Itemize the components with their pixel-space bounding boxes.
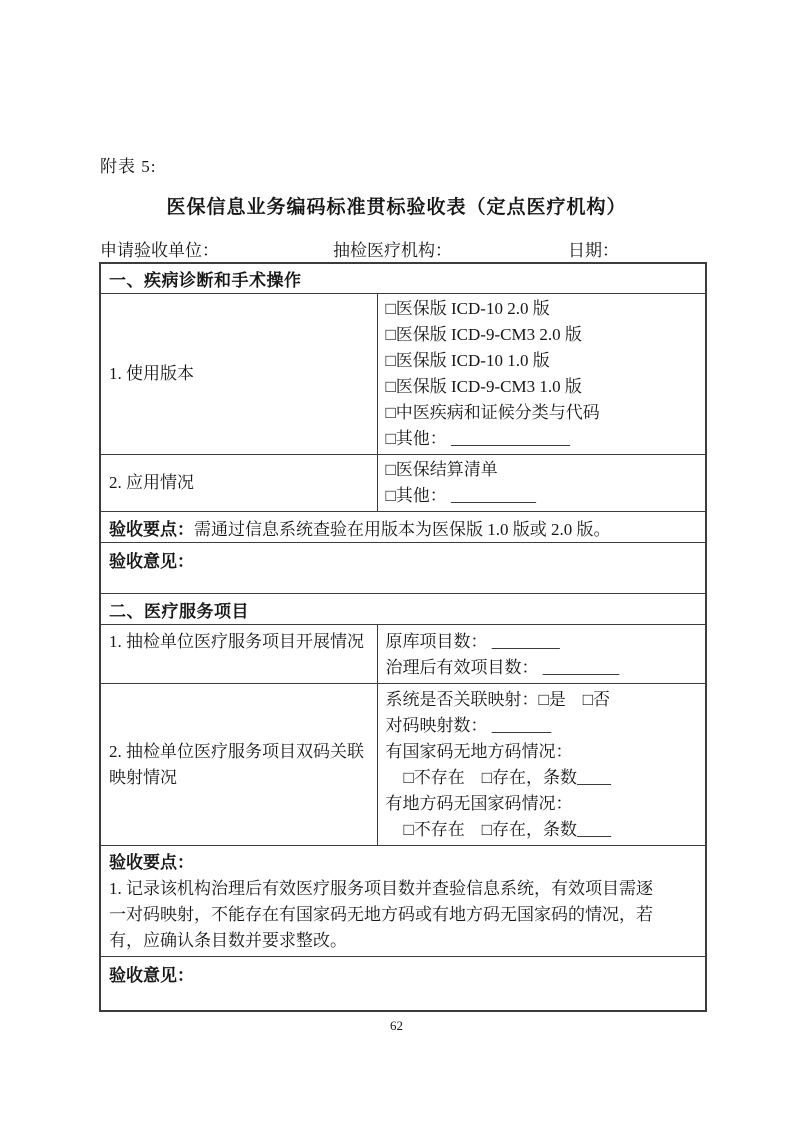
acceptance-opinion-label: 验收意见： bbox=[109, 966, 194, 985]
section2-acceptance-points-cell: 验收要点： 1. 记录该机构治理后有效医疗服务项目数并查验信息系统，有效项目需逐… bbox=[100, 846, 706, 957]
section1-acceptance-points-cell: 验收要点：需通过信息系统查验在用版本为医保版 1.0 版或 2.0 版。 bbox=[100, 512, 706, 543]
date-label: 日期： bbox=[568, 236, 619, 261]
checkbox-option-line: □不存在 □存在，条数____ bbox=[386, 817, 698, 843]
checkbox-option-line: □其他： ______________ bbox=[386, 426, 698, 452]
checkbox-option-line: □医保版 ICD-10 2.0 版 bbox=[386, 296, 698, 322]
version-options-cell: □医保版 ICD-10 2.0 版 □医保版 ICD-9-CM3 2.0 版 □… bbox=[377, 294, 706, 455]
acceptance-points-text-line: 1. 记录该机构治理后有效医疗服务项目数并查验信息系统，有效项目需逐 bbox=[109, 876, 697, 902]
application-options-cell: □医保结算清单 □其他： __________ bbox=[377, 455, 706, 512]
acceptance-points-label: 验收要点： bbox=[109, 520, 194, 539]
project-status-cell: 原库项目数： ________ 治理后有效项目数： _________ bbox=[377, 625, 706, 684]
dual-code-mapping-cell: 系统是否关联映射：□是 □否 对码映射数： _______ 有国家码无地方码情况… bbox=[377, 684, 706, 846]
row-label-version: 1. 使用版本 bbox=[100, 294, 377, 455]
applicant-unit-label: 申请验收单位： bbox=[100, 236, 219, 261]
checkbox-option-line: □中医疾病和证候分类与代码 bbox=[386, 400, 698, 426]
section1-acceptance-opinion-cell: 验收意见： bbox=[100, 543, 706, 594]
table-row: 验收要点： 1. 记录该机构治理后有效医疗服务项目数并查验信息系统，有效项目需逐… bbox=[100, 846, 706, 957]
acceptance-points-text-line: 一对码映射，不能存在有国家码无地方码或有地方码无国家码的情况，若 bbox=[109, 902, 697, 928]
section2-acceptance-opinion-cell: 验收意见： bbox=[100, 957, 706, 1012]
checkbox-option-line: 系统是否关联映射：□是 □否 bbox=[386, 687, 698, 713]
checkbox-option-line: □医保版 ICD-9-CM3 1.0 版 bbox=[386, 374, 698, 400]
table-row: 1. 抽检单位医疗服务项目开展情况 原库项目数： ________ 治理后有效项… bbox=[100, 625, 706, 684]
table-row: 2. 抽检单位医疗服务项目双码关联映射情况 系统是否关联映射：□是 □否 对码映… bbox=[100, 684, 706, 846]
table-row: 验收意见： bbox=[100, 543, 706, 594]
appendix-label: 附表 5: bbox=[100, 152, 156, 177]
acceptance-points-text-line: 有，应确认条目数并要求整改。 bbox=[109, 928, 697, 954]
checkbox-option-line: □医保版 ICD-10 1.0 版 bbox=[386, 348, 698, 374]
table-row: 验收意见： bbox=[100, 957, 706, 1012]
table-row: 1. 使用版本 □医保版 ICD-10 2.0 版 □医保版 ICD-9-CM3… bbox=[100, 294, 706, 455]
table-row: 二、医疗服务项目 bbox=[100, 594, 706, 625]
page-number: 62 bbox=[0, 1018, 793, 1034]
acceptance-points-label: 验收要点： bbox=[109, 850, 697, 876]
checkbox-option-line: □医保版 ICD-9-CM3 2.0 版 bbox=[386, 322, 698, 348]
checkbox-option-line: □其他： __________ bbox=[386, 483, 698, 509]
acceptance-opinion-label: 验收意见： bbox=[109, 552, 194, 571]
row-label-project-status: 1. 抽检单位医疗服务项目开展情况 bbox=[100, 625, 377, 684]
fill-in-line: 治理后有效项目数： _________ bbox=[386, 655, 698, 681]
header-fields-row: 申请验收单位： 抽检医疗机构： 日期： bbox=[100, 236, 708, 260]
fill-in-line: 有地方码无国家码情况： bbox=[386, 791, 698, 817]
checkbox-option-line: □不存在 □存在，条数____ bbox=[386, 765, 698, 791]
table-row: 一、疾病诊断和手术操作 bbox=[100, 263, 706, 294]
fill-in-line: 对码映射数： _______ bbox=[386, 713, 698, 739]
acceptance-points-text: 需通过信息系统查验在用版本为医保版 1.0 版或 2.0 版。 bbox=[194, 520, 611, 539]
row-label-application: 2. 应用情况 bbox=[100, 455, 377, 512]
checkbox-option-line: □医保结算清单 bbox=[386, 457, 698, 483]
table-row: 2. 应用情况 □医保结算清单 □其他： __________ bbox=[100, 455, 706, 512]
fill-in-line: 原库项目数： ________ bbox=[386, 629, 698, 655]
document-page: 附表 5: 医保信息业务编码标准贯标验收表（定点医疗机构） 申请验收单位： 抽检… bbox=[0, 0, 793, 1122]
sampled-org-label: 抽检医疗机构： bbox=[333, 236, 452, 261]
table-row: 验收要点：需通过信息系统查验在用版本为医保版 1.0 版或 2.0 版。 bbox=[100, 512, 706, 543]
page-title: 医保信息业务编码标准贯标验收表（定点医疗机构） bbox=[0, 192, 793, 219]
acceptance-table: 一、疾病诊断和手术操作 1. 使用版本 □医保版 ICD-10 2.0 版 □医… bbox=[99, 262, 707, 1012]
section1-header: 一、疾病诊断和手术操作 bbox=[100, 263, 706, 294]
row-label-dual-code-mapping: 2. 抽检单位医疗服务项目双码关联映射情况 bbox=[100, 684, 377, 846]
fill-in-line: 有国家码无地方码情况： bbox=[386, 739, 698, 765]
section2-header: 二、医疗服务项目 bbox=[100, 594, 706, 625]
